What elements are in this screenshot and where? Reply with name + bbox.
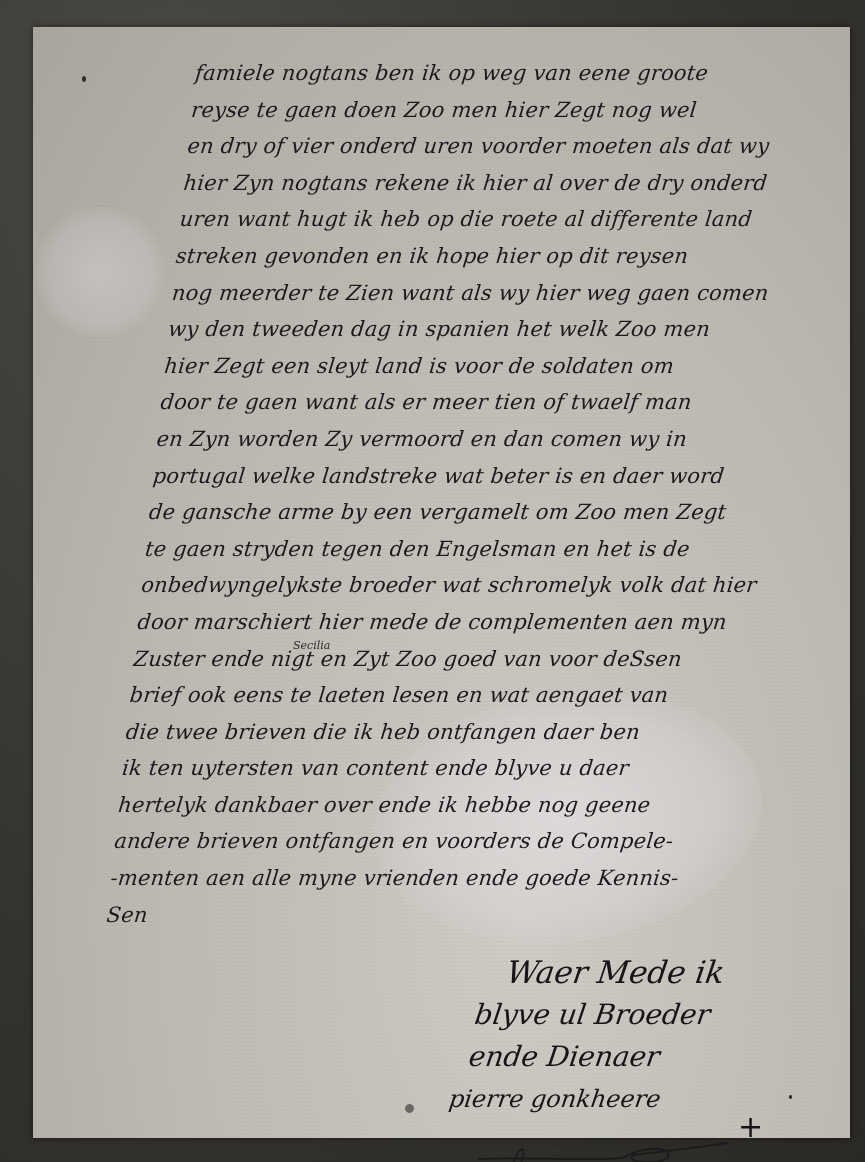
body-line: uren want hugt ik heb op die roete al di… xyxy=(178,201,865,238)
body-line: hertelyk dankbaer over ende ik hebbe nog… xyxy=(116,787,810,824)
body-line: wy den tweeden dag in spanien het welk Z… xyxy=(166,311,860,348)
ink-spot xyxy=(405,1104,414,1113)
body-line: en Zyn worden Zy vermoord en dan comen w… xyxy=(155,421,849,458)
body-line: famiele nogtans ben ik op weg van eene g… xyxy=(193,55,865,92)
body-line: onbedwyngelykste broeder wat schromelyk … xyxy=(139,567,833,604)
body-line: hier Zegt een sleyt land is voor de sold… xyxy=(163,348,857,385)
signature-cross-mark: + xyxy=(738,1110,763,1145)
signature-flourish-icon xyxy=(473,1137,733,1162)
closing-line: ende Dienaer xyxy=(452,1036,838,1078)
body-line: nog meerder te Zien want als wy hier weg… xyxy=(170,275,864,312)
paper-stain xyxy=(35,207,165,337)
letter-page: famiele nogtans ben ik op weg van eene g… xyxy=(33,27,850,1138)
body-line: Sen xyxy=(105,897,799,934)
body-line: te gaen stryden tegen den Engelsman en h… xyxy=(143,531,837,568)
body-line: die twee brieven die ik heb ontfangen da… xyxy=(124,714,818,751)
body-line: de gansche arme by een vergamelt om Zoo … xyxy=(147,494,841,531)
interlinear-insertion: Secilia xyxy=(293,639,330,652)
body-line: andere brieven ontfangen en voorders de … xyxy=(113,823,807,860)
signature: pierre gonkheere xyxy=(446,1078,832,1120)
body-line: Zuster ende nigt en Zyt Zoo goed van voo… xyxy=(132,641,826,678)
body-line: door marschiert hier mede de complemente… xyxy=(136,604,830,641)
closing-line: blyve ul Broeder xyxy=(458,994,844,1036)
body-line: ik ten uytersten van content ende blyve … xyxy=(120,750,814,787)
body-line: brief ook eens te laeten lesen en wat ae… xyxy=(128,677,822,714)
letter-body: famiele nogtans ben ik op weg van eene g… xyxy=(105,55,865,933)
body-line: door te gaen want als er meer tien of tw… xyxy=(159,384,853,421)
body-line: en dry of vier onderd uren voorder moete… xyxy=(186,128,865,165)
body-line: streken gevonden en ik hope hier op dit … xyxy=(174,238,865,275)
body-line: portugal welke landstreke wat beter is e… xyxy=(151,458,845,495)
closing-line: Waer Mede ik xyxy=(464,952,850,994)
body-line: hier Zyn nogtans rekene ik hier al over … xyxy=(182,165,865,202)
closing-block: Waer Mede ik blyve ul Broeder ende Diena… xyxy=(446,952,850,1120)
body-line: -menten aen alle myne vrienden ende goed… xyxy=(109,860,803,897)
ink-spot xyxy=(82,76,86,82)
body-line: reyse te gaen doen Zoo men hier Zegt nog… xyxy=(189,92,865,129)
